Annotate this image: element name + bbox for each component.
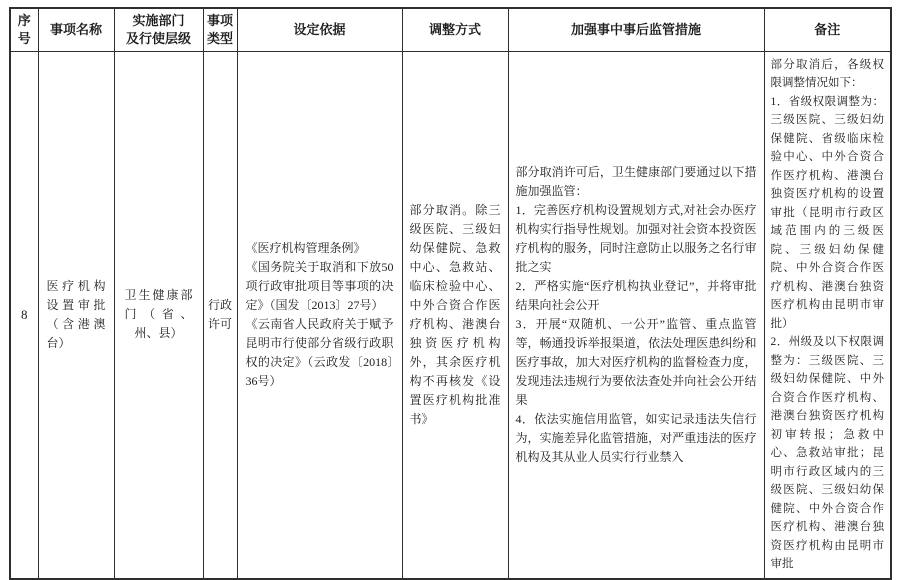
cell-item-type: 行政许可 [203,51,237,516]
table-row: 8 医疗机构设置审批（含港澳台） 卫生健康部门（省、州、县） 行政许可 《医疗机… [10,51,891,516]
col-header-setting-basis: 设定依据 [237,8,402,51]
col-header-item-name: 事项名称 [38,8,114,51]
cell-remarks: 部分取消后，各级权限调整情况如下： 1．省级权限调整为：三级医院、三级妇幼保健院… [764,51,891,516]
col-header-department: 实施部门 及行使层级 [114,8,203,51]
cell-item-name: 医疗机构设置审批（含港澳台） [38,51,114,516]
col-header-adjustment-method: 调整方式 [402,8,508,51]
approval-items-table: 序 号 事项名称 实施部门 及行使层级 事项 类型 设定依据 调整方式 加强事中… [9,7,892,516]
cell-supervision-measures: 部分取消许可后，卫生健康部门要通过以下措施加强监管： 1．完善医疗机构设置规划方… [508,51,764,516]
col-header-item-type: 事项 类型 [203,8,237,51]
col-header-supervision-measures: 加强事中事后监管措施 [508,8,764,51]
col-header-index: 序 号 [10,8,38,51]
cell-adjustment-method: 部分取消。除三级医院、三级妇幼保健院、急救中心、急救站、临床检验中心、中外合资合… [402,51,508,516]
cell-setting-basis: 《医疗机构管理条例》 《国务院关于取消和下放50项行政审批项目等事项的决定》（国… [237,51,402,516]
col-header-remarks: 备注 [764,8,891,51]
cell-index: 8 [10,51,38,516]
header-row: 序 号 事项名称 实施部门 及行使层级 事项 类型 设定依据 调整方式 加强事中… [10,8,891,51]
cell-department: 卫生健康部门（省、州、县） [114,51,203,516]
